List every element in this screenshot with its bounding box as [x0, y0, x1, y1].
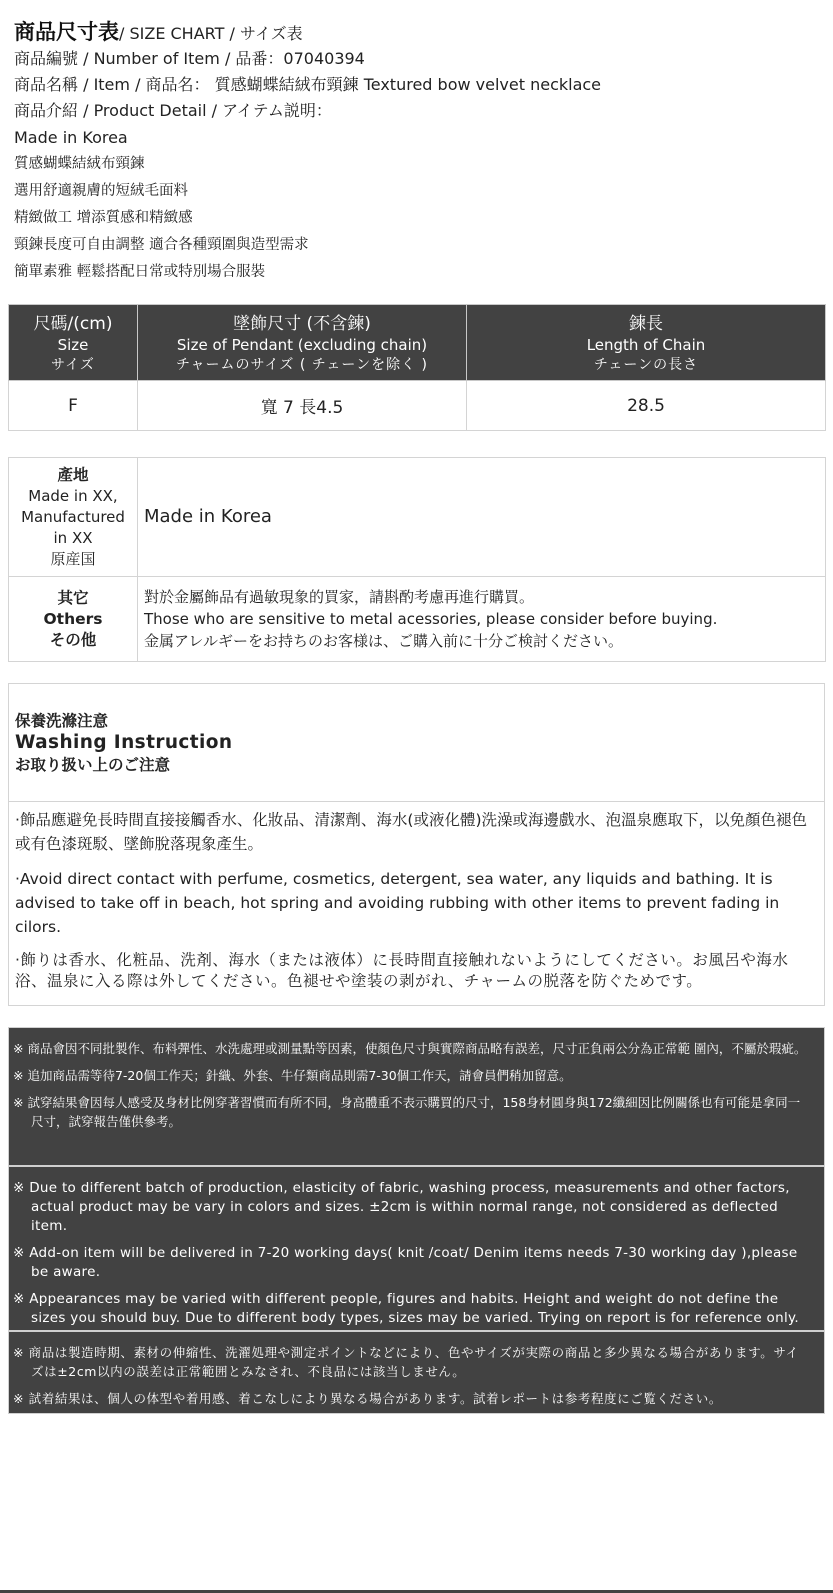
description-line: 質感蝴蝶結絨布頸鍊: [14, 151, 824, 178]
notice-item: ※ 商品會因不同批製作、布料彈性、水洗處理或測量點等因素，使顏色尺寸與實際商品略…: [13, 1039, 810, 1058]
notice-item: ※ 追加商品需等待7-20個工作天；針織、外套、牛仔類商品則需7-30個工作天，…: [13, 1066, 810, 1085]
size-table: 尺碼/(cm) Size サイズ 墜飾尺寸 (不含鍊) Size of Pend…: [8, 304, 826, 431]
header-size: 尺碼/(cm) Size サイズ: [9, 305, 138, 381]
size-table-header: 尺碼/(cm) Size サイズ 墜飾尺寸 (不含鍊) Size of Pend…: [9, 305, 826, 381]
cell-chain-length: 28.5: [467, 381, 826, 431]
info-table: 產地 Made in XX, Manufactured in XX 原産国 Ma…: [8, 457, 826, 662]
size-chart-title: 商品尺寸表/ SIZE CHART / サイズ表: [14, 20, 824, 46]
notice-group-tw: ※ 商品會因不同批製作、布料彈性、水洗處理或測量點等因素，使顏色尺寸與實際商品略…: [9, 1028, 824, 1167]
others-label: 其它 Others その他: [9, 577, 138, 662]
washing-text-jp: ·飾りは香水、化粧品、洗剤、海水（または液体）に長時間直接触れないようにしてくだ…: [15, 950, 818, 992]
notice-item: ※ Appearances may be varied with differe…: [13, 1290, 810, 1328]
size-chart-title-sub: / SIZE CHART / サイズ表: [119, 24, 303, 43]
notice-item: ※ 試穿結果會因每人感受及身材比例穿著習慣而有所不同，身高體重不表示購買的尺寸，…: [13, 1093, 810, 1131]
others-row: 其它 Others その他 對於金屬飾品有過敏現象的買家，請斟酌考慮再進行購買。…: [9, 577, 826, 662]
cell-pendant-size: 寬 7 長4.5: [138, 381, 467, 431]
others-text-en: Those who are sensitive to metal acessor…: [144, 608, 819, 630]
origin-value: Made in Korea: [138, 458, 826, 577]
notice-item: ※ 商品は製造時期、素材の伸縮性、洗濯処理や測定ポイントなどにより、色やサイズが…: [13, 1343, 810, 1381]
item-name: 商品名稱 / Item / 商品名： 質感蝴蝶結絨布頸鍊 Textured bo…: [14, 72, 824, 98]
others-value: 對於金屬飾品有過敏現象的買家，請斟酌考慮再進行購買。 Those who are…: [138, 577, 826, 662]
notice-item: ※ 試着結果は、個人の体型や着用感、着こなしにより異なる場合があります。試着レポ…: [13, 1389, 810, 1408]
notice-item: ※ Add-on item will be delivered in 7-20 …: [13, 1244, 810, 1282]
notice-group-en: ※ Due to different batch of production, …: [9, 1167, 824, 1332]
description-line: 精緻做工 增添質感和精緻感: [14, 205, 824, 232]
size-chart-title-main: 商品尺寸表: [14, 20, 119, 44]
item-number: 商品編號 / Number of Item / 品番：07040394: [14, 46, 824, 72]
washing-text-en: ·Avoid direct contact with perfume, cosm…: [15, 867, 818, 939]
notice-panel: ※ 商品會因不同批製作、布料彈性、水洗處理或測量點等因素，使顏色尺寸與實際商品略…: [8, 1027, 825, 1414]
others-text-zh: 對於金屬飾品有過敏現象的買家，請斟酌考慮再進行購買。: [144, 586, 819, 608]
notice-item: ※ Due to different batch of production, …: [13, 1179, 810, 1236]
product-intro: 商品尺寸表/ SIZE CHART / サイズ表 商品編號 / Number o…: [14, 20, 824, 286]
description-line: Made in Korea: [14, 124, 824, 151]
washing-title: 保養洗滌注意 Washing Instruction お取り扱い上のご注意: [9, 684, 825, 802]
description-line: 選用舒適親膚的短絨毛面料: [14, 178, 824, 205]
others-text-jp: 金属アレルギーをお持ちのお客様は、ご購入前に十分ご検討ください。: [144, 630, 819, 652]
origin-label: 產地 Made in XX, Manufactured in XX 原産国: [9, 458, 138, 577]
origin-row: 產地 Made in XX, Manufactured in XX 原産国 Ma…: [9, 458, 826, 577]
washing-body: ·飾品應避免長時間直接接觸香水、化妝品、清潔劑、海水(或液化體)洗澡或海邊戲水、…: [9, 802, 825, 1006]
cell-size: F: [9, 381, 138, 431]
notice-group-jp: ※ 商品は製造時期、素材の伸縮性、洗濯処理や測定ポイントなどにより、色やサイズが…: [9, 1332, 824, 1413]
header-chain-length: 鍊長 Length of Chain チェーンの長さ: [467, 305, 826, 381]
washing-text-zh: ·飾品應避免長時間直接接觸香水、化妝品、清潔劑、海水(或液化體)洗澡或海邊戲水、…: [15, 808, 818, 856]
washing-instruction-table: 保養洗滌注意 Washing Instruction お取り扱い上のご注意 ·飾…: [8, 683, 825, 1006]
table-row: F 寬 7 長4.5 28.5: [9, 381, 826, 431]
washing-header-row: 保養洗滌注意 Washing Instruction お取り扱い上のご注意: [9, 684, 825, 802]
description-line: 頸鍊長度可自由調整 適合各種頸圍與造型需求: [14, 232, 824, 259]
product-detail-label: 商品介紹 / Product Detail / アイテム説明：: [14, 98, 824, 124]
header-pendant-size: 墜飾尺寸 (不含鍊) Size of Pendant (excluding ch…: [138, 305, 467, 381]
description-line: 簡單素雅 輕鬆搭配日常或特別場合服裝: [14, 259, 824, 286]
washing-body-row: ·飾品應避免長時間直接接觸香水、化妝品、清潔劑、海水(或液化體)洗澡或海邊戲水、…: [9, 802, 825, 1006]
